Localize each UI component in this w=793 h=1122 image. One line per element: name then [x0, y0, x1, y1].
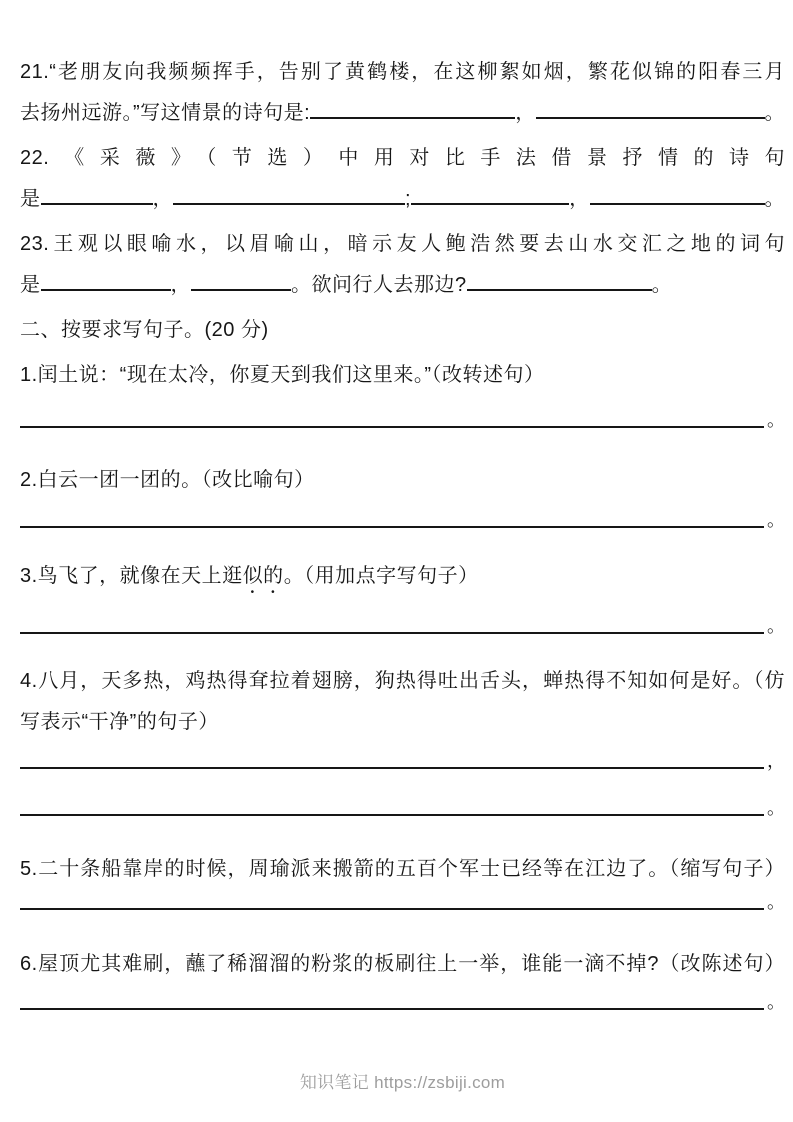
question-1: 1.闰土说：“现在太冷，你夏天到我们这里来。”（改转述句）: [20, 355, 785, 396]
answer-line-3[interactable]: 。: [20, 614, 785, 634]
answer-rule[interactable]: [20, 614, 764, 634]
answer-blank[interactable]: [191, 267, 291, 291]
period-mark: 。: [767, 801, 785, 816]
answer-line-5[interactable]: 。: [20, 890, 785, 910]
section-two-heading: 二、按要求写句子。(20 分): [20, 310, 785, 351]
answer-line-2[interactable]: 。: [20, 508, 785, 528]
question-21-line-2: 去扬州远游。”写这情景的诗句是: ， 。: [20, 93, 785, 134]
question-3-text: 3.鸟飞了，就像在天上逛: [20, 565, 243, 587]
question-6: 6.屋顶尤其难刷，蘸了稀溜溜的粉浆的板刷往上一举，谁能一滴不掉?（改陈述句）: [20, 944, 785, 985]
answer-line-6[interactable]: 。: [20, 990, 785, 1010]
emphasized-chars: 似的: [243, 565, 284, 587]
period-mark: 。: [767, 995, 785, 1010]
comma-mark: ，: [767, 754, 785, 769]
question-4-line-1: 4.八月，天多热，鸡热得耷拉着翅膀，狗热得吐出舌头，蝉热得不知如何是好。（仿: [20, 661, 785, 702]
answer-blank[interactable]: [41, 267, 171, 291]
period-mark: 。: [767, 513, 785, 528]
footer: 知识笔记 https://zsbiji.com: [20, 1068, 785, 1093]
question-23-line-2: 是 ， 。欲问行人去那边? 。: [20, 265, 785, 306]
answer-blank[interactable]: [310, 95, 515, 119]
period-mark: 。: [765, 179, 786, 220]
period-mark: 。: [765, 93, 786, 134]
period-mark: 。: [767, 413, 785, 428]
answer-rule[interactable]: [20, 508, 764, 528]
answer-line-4a[interactable]: ，: [20, 749, 785, 769]
period-mark: 。: [767, 895, 785, 910]
comma-separator: ，: [153, 179, 174, 220]
question-4-line-2: 写表示“干净”的句子）: [20, 702, 785, 743]
question-23-line-1: 23.王观以眼喻水，以眉喻山，暗示友人鲍浩然要去山水交汇之地的词句: [20, 224, 785, 265]
question-23: 23.王观以眼喻水，以眉喻山，暗示友人鲍浩然要去山水交汇之地的词句 是 ， 。欲…: [20, 224, 785, 306]
answer-blank[interactable]: [467, 267, 652, 291]
question-4: 4.八月，天多热，鸡热得耷拉着翅膀，狗热得吐出舌头，蝉热得不知如何是好。（仿 写…: [20, 661, 785, 743]
comma-separator: ，: [515, 93, 536, 134]
answer-rule[interactable]: [20, 408, 764, 428]
question-22: 22.《采薇》（节选）中用对比手法借景抒情的诗句 是 ， ; ， 。: [20, 138, 785, 220]
question-21-prompt: 去扬州远游。”写这情景的诗句是:: [20, 93, 310, 134]
worksheet-page: 21.“老朋友向我频频挥手，告别了黄鹤楼，在这柳絮如烟，繁花似锦的阳春三月 去扬…: [0, 0, 793, 1122]
answer-blank[interactable]: [41, 181, 153, 205]
question-21-line-1: 21.“老朋友向我频频挥手，告别了黄鹤楼，在这柳絮如烟，繁花似锦的阳春三月: [20, 52, 785, 93]
answer-rule[interactable]: [20, 796, 764, 816]
period-mark: 。: [767, 619, 785, 634]
answer-rule[interactable]: [20, 990, 764, 1010]
answer-line-4b[interactable]: 。: [20, 796, 785, 816]
question-5: 5.二十条船靠岸的时候，周瑜派来搬箭的五百个军士已经等在江边了。（缩写句子）: [20, 849, 785, 890]
answer-rule[interactable]: [20, 890, 764, 910]
question-22-line-2: 是 ， ; ， 。: [20, 179, 785, 220]
comma-separator: ，: [171, 265, 192, 306]
period-mark: 。: [652, 265, 673, 306]
question-23-mid-prompt: 。欲问行人去那边?: [291, 265, 467, 306]
answer-blank[interactable]: [173, 181, 405, 205]
answer-blank[interactable]: [590, 181, 765, 205]
question-3-instruction: 。（用加点字写句子）: [284, 565, 479, 587]
footer-site-text: 知识笔记 https://zsbiji.com: [300, 1073, 505, 1092]
answer-line-1[interactable]: 。: [20, 408, 785, 428]
answer-blank[interactable]: [411, 181, 569, 205]
answer-blank[interactable]: [536, 95, 765, 119]
question-22-line-1: 22.《采薇》（节选）中用对比手法借景抒情的诗句: [20, 138, 785, 179]
question-23-prompt: 是: [20, 265, 41, 306]
comma-separator: ，: [569, 179, 590, 220]
question-22-prompt: 是: [20, 179, 41, 220]
question-3: 3.鸟飞了，就像在天上逛似的。（用加点字写句子）: [20, 556, 785, 598]
question-2: 2.白云一团一团的。（改比喻句）: [20, 460, 785, 501]
question-21: 21.“老朋友向我频频挥手，告别了黄鹤楼，在这柳絮如烟，繁花似锦的阳春三月 去扬…: [20, 52, 785, 134]
answer-rule[interactable]: [20, 749, 764, 769]
